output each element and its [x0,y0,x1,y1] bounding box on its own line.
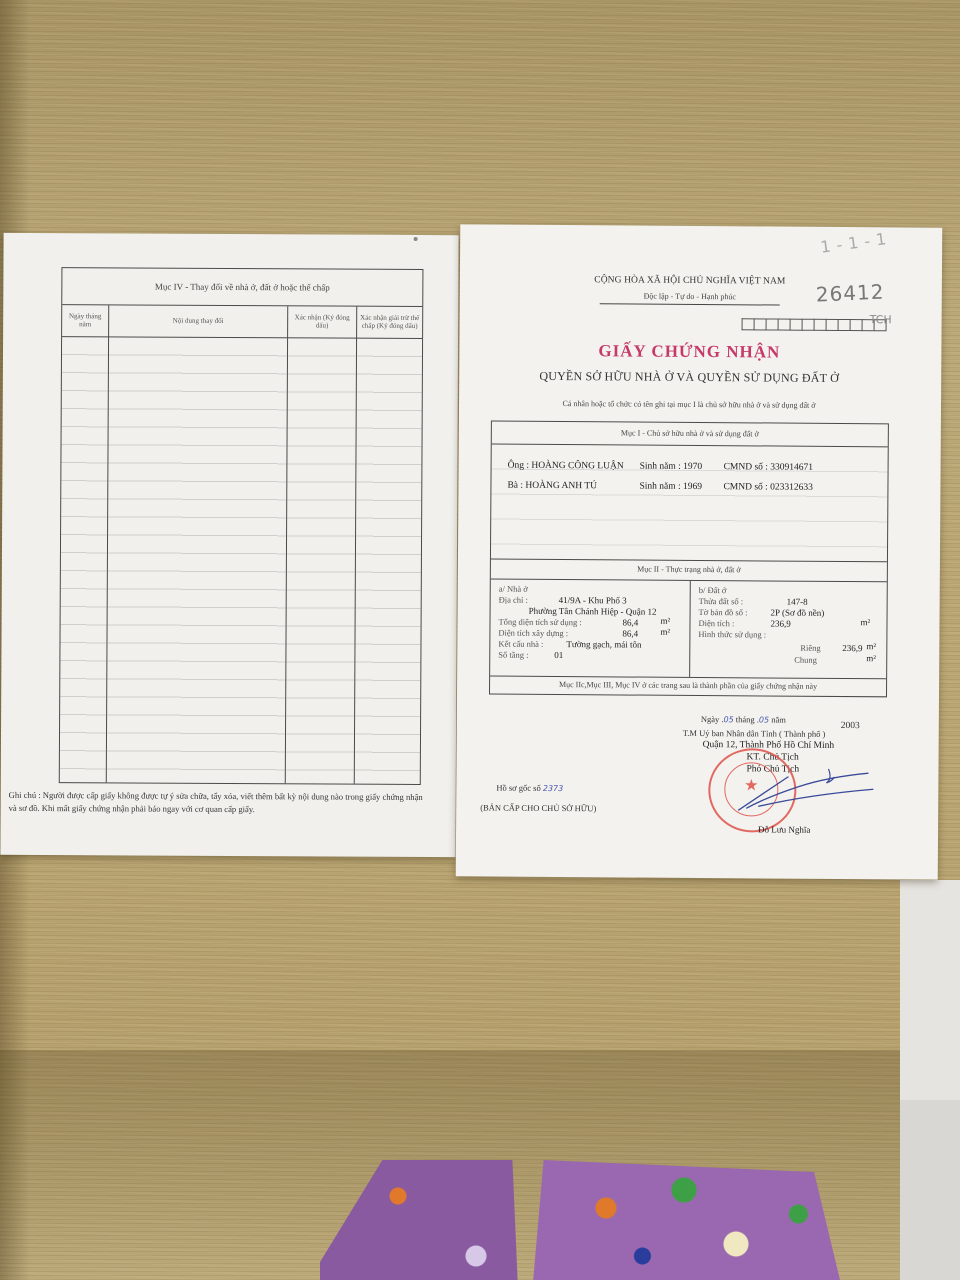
record-number: Hồ sơ gốc số 2373 [496,783,563,793]
owner-row: Ông : HOÀNG CÔNG LUẬN Sinh năm : 1970 CM… [508,461,814,473]
structure-label: Kết cấu nhà : [498,639,543,649]
handwritten-code: TCH [870,313,892,326]
area-unit: m² [660,627,670,637]
address-line-2: Phường Tân Chánh Hiệp - Quận 12 [529,606,657,617]
parcel-value: 147-8 [787,597,808,607]
area-unit: m² [860,617,870,627]
shared-label: Chung [794,655,817,665]
total-area-value: 86,4 [622,617,638,627]
built-area-label: Diện tích xây dựng : [498,628,568,638]
column-header-content: Nội dung thay đổi [109,305,287,337]
owner-id: CMND số : 330914671 [724,462,814,473]
structure-value: Tường gạch, mái tôn [566,639,641,650]
changes-table: Mục IV - Thay đổi về nhà ở, đất ở hoặc t… [59,267,424,785]
issue-date: Ngày .05 tháng .05 năm [701,714,786,725]
signature-scribble [728,766,878,817]
changes-table-title: Mục IV - Thay đổi về nhà ở, đất ở hoặc t… [62,268,422,307]
section-2-title: Mục II - Thực trạng nhà ở, đất ở [491,559,887,583]
certificate-subtitle: QUYỀN SỞ HỮU NHÀ Ở VÀ QUYỀN SỬ DỤNG ĐẤT … [489,369,889,387]
owners-section: Ông : HOÀNG CÔNG LUẬN Sinh năm : 1970 CM… [491,445,888,563]
property-section: a/ Nhà ở Địa chỉ : 41/9A - Khu Phố 3 Phư… [490,580,887,680]
land-area-label: Diện tích : [698,618,734,628]
address-label: Địa chỉ : [499,595,528,605]
owner-birth-year: Sinh năm : 1969 [639,482,723,493]
total-area-label: Tổng diện tích sử dụng : [498,617,581,628]
changes-table-rows [60,337,422,784]
built-area-value: 86,4 [622,628,638,638]
owner-name: Bà : HOÀNG ANH TÚ [507,481,639,492]
address-line-1: 41/9A - Khu Phố 3 [559,595,627,605]
certificate-intro: Cá nhân hoặc tổ chức có tên ghi tại mục … [489,399,889,411]
land-area-value: 236,9 [770,619,790,629]
column-header-date: Ngày tháng năm [62,305,108,336]
certificate-left-page: Mục IV - Thay đổi về nhà ở, đất ở hoặc t… [0,233,458,857]
signer-name: Đỗ Lưu Nghĩa [758,824,810,834]
record-label: Hồ sơ gốc số [496,783,540,793]
nation-header: CỘNG HÒA XÃ HỘI CHỦ NGHĨA VIỆT NAM [560,275,820,287]
owner-row: Bà : HOÀNG ANH TÚ Sinh năm : 1969 CMND s… [507,481,813,493]
certificate-main-table: Mục I - Chủ sở hữu nhà ở và sử dụng đất … [489,421,889,698]
private-label: Riêng [800,643,820,653]
authority-line-2: Quận 12, Thành Phố Hồ Chí Minh [703,740,835,751]
house-heading: a/ Nhà ở [499,584,528,594]
land-heading: b/ Đất ở [699,585,727,595]
issue-year: 2003 [841,721,860,731]
copy-note: (BẢN CẤP CHO CHỦ SỞ HỮU) [480,802,596,813]
handwritten-day: 05 [723,715,733,724]
usage-label: Hình thức sử dụng : [698,629,766,639]
floors-value: 01 [554,650,563,660]
motto: Độc lập - Tự do - Hạnh phúc [600,291,780,305]
private-value: 236,9 [842,643,862,653]
owner-id: CMND số : 023312633 [723,482,813,493]
map-label: Tờ bản đồ số : [699,607,748,617]
certificate-title: GIẤY CHỨNG NHẬN [519,341,859,363]
owner-birth-year: Sinh năm : 1970 [640,462,724,473]
floors-label: Số tầng : [498,650,528,660]
area-unit: m² [866,641,876,651]
column-header-confirm: Xác nhận (Ký đóng dấu) [288,306,356,337]
parcel-label: Thửa đất số : [699,596,744,606]
certificate-right-page: 1-1-1 CỘNG HÒA XÃ HỘI CHỦ NGHĨA VIỆT NAM… [456,224,943,879]
pinhole [414,237,418,241]
section-1-title: Mục I - Chủ sở hữu nhà ở và sử dụng đất … [492,422,888,448]
column-divider [689,581,691,677]
area-unit: m² [660,616,670,626]
handwritten-mark: 1-1-1 [819,228,893,256]
footer-note: Mục IIc,Mục III, Mục IV ở các trang sau … [490,677,886,696]
authority-line-1: T.M Uỷ ban Nhân dân Tỉnh ( Thành phố ) [683,728,826,739]
changes-table-header: Ngày tháng năm Nội dung thay đổi Xác nhậ… [62,305,422,339]
column-header-release: Xác nhận giải trừ thế chấp (Ký đóng dấu) [357,307,422,338]
owner-name: Ông : HOÀNG CÔNG LUẬN [508,461,640,472]
area-unit: m² [866,653,876,663]
handwritten-month: 05 [759,715,769,724]
map-value: 2P (Sơ đồ nền) [771,608,825,618]
serial-number-boxes [742,318,887,331]
floor-tile [900,1100,960,1280]
handwritten-number: 26412 [815,280,885,307]
footnote: Ghi chú : Người được cấp giấy không được… [9,789,429,817]
handwritten-record-number: 2373 [543,784,563,793]
